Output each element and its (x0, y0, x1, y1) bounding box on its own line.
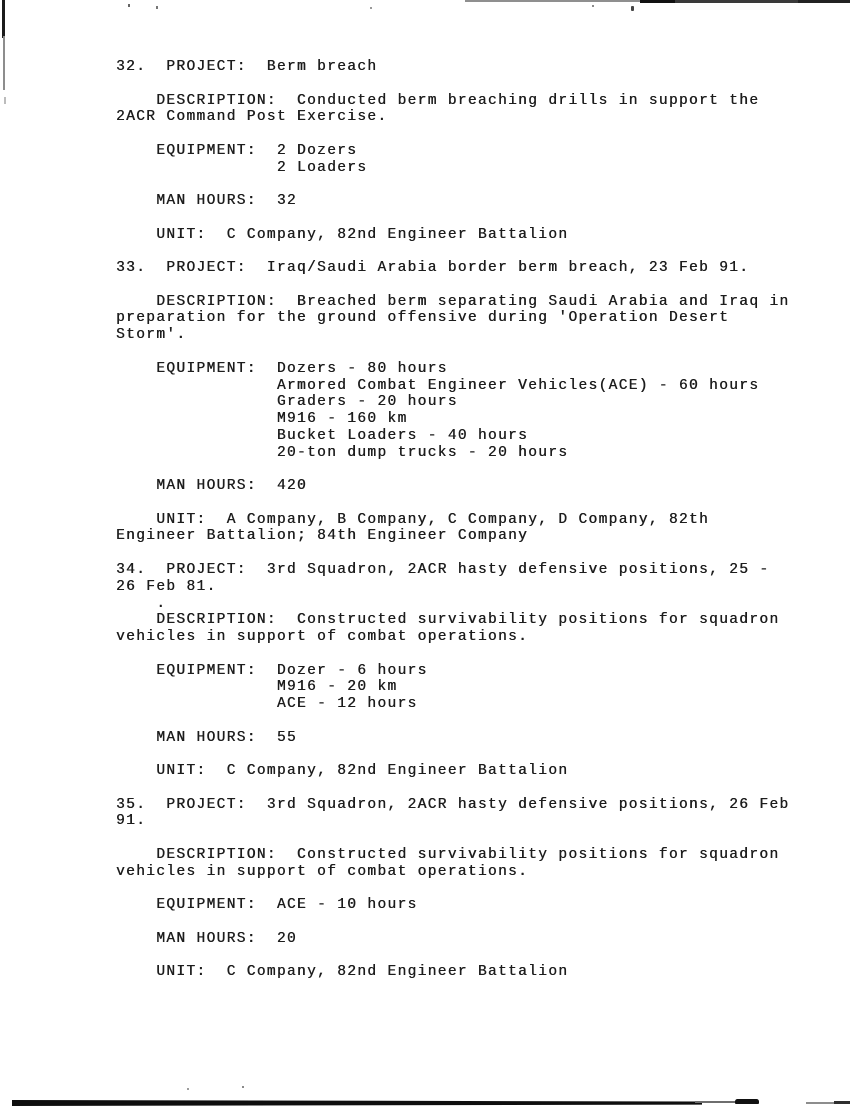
scan-artifact-speck (242, 1086, 244, 1088)
scan-artifact-bottom-dash (834, 1101, 850, 1104)
text-line: . (116, 596, 789, 613)
scan-artifact-tick-mark (631, 6, 634, 11)
text-line (116, 713, 789, 730)
text-line: EQUIPMENT: Dozers - 80 hours (116, 361, 789, 378)
text-line: Armored Combat Engineer Vehicles(ACE) - … (116, 378, 789, 395)
text-line: ACE - 12 hours (116, 696, 789, 713)
scan-artifact-left-edge-gray (3, 36, 5, 90)
text-line: MAN HOURS: 32 (116, 193, 789, 210)
scan-artifact-bottom-line (695, 1101, 737, 1103)
scan-artifact-bottom-line (806, 1102, 850, 1104)
project-entry-34: 34. PROJECT: 3rd Squadron, 2ACR hasty de… (116, 562, 789, 780)
project-entry-33: 33. PROJECT: Iraq/Saudi Arabia border be… (116, 260, 789, 545)
scan-artifact-speck (370, 7, 372, 9)
text-line (116, 344, 789, 361)
text-line: M916 - 20 km (116, 679, 789, 696)
text-line: MAN HOURS: 55 (116, 730, 789, 747)
text-line: Bucket Loaders - 40 hours (116, 428, 789, 445)
text-line: EQUIPMENT: ACE - 10 hours (116, 897, 789, 914)
project-entry-32: 32. PROJECT: Berm breach DESCRIPTION: Co… (116, 59, 789, 243)
text-line: 91. (116, 813, 789, 830)
text-line (116, 914, 789, 931)
text-line: 2 Loaders (116, 160, 789, 177)
scan-artifact-bottom-bar (12, 1100, 702, 1106)
scan-artifact-left-edge-dark (2, 0, 5, 38)
text-line (116, 277, 789, 294)
text-line (116, 746, 789, 763)
text-line (116, 948, 789, 965)
text-line: vehicles in support of combat operations… (116, 629, 789, 646)
project-entry-35: 35. PROJECT: 3rd Squadron, 2ACR hasty de… (116, 797, 789, 981)
text-line (116, 881, 789, 898)
text-line (116, 210, 789, 227)
text-line (116, 461, 789, 478)
document-text: 32. PROJECT: Berm breach DESCRIPTION: Co… (116, 59, 789, 981)
scan-artifact-speck (156, 6, 158, 9)
text-line: DESCRIPTION: Constructed survivability p… (116, 847, 789, 864)
text-line (116, 646, 789, 663)
text-line: DESCRIPTION: Constructed survivability p… (116, 612, 789, 629)
text-line: UNIT: C Company, 82nd Engineer Battalion (116, 964, 789, 981)
scan-artifact-speck (187, 1088, 189, 1090)
text-line: 33. PROJECT: Iraq/Saudi Arabia border be… (116, 260, 789, 277)
text-line: vehicles in support of combat operations… (116, 864, 789, 881)
text-line: 32. PROJECT: Berm breach (116, 59, 789, 76)
text-line: UNIT: A Company, B Company, C Company, D… (116, 512, 789, 529)
text-line: UNIT: C Company, 82nd Engineer Battalion (116, 763, 789, 780)
scan-artifact-top-edge-black (640, 0, 675, 3)
text-line: 35. PROJECT: 3rd Squadron, 2ACR hasty de… (116, 797, 789, 814)
scan-artifact-top-edge-dark (675, 0, 850, 3)
scan-artifact-bottom-blob (735, 1099, 759, 1104)
text-line: 26 Feb 81. (116, 579, 789, 596)
scan-artifact-top-edge-darker (798, 0, 850, 3)
text-line: Storm'. (116, 327, 789, 344)
text-line: Graders - 20 hours (116, 394, 789, 411)
text-line: UNIT: C Company, 82nd Engineer Battalion (116, 227, 789, 244)
text-line (116, 830, 789, 847)
text-line: EQUIPMENT: Dozer - 6 hours (116, 663, 789, 680)
scan-artifact-speck (128, 4, 130, 7)
text-line: DESCRIPTION: Conducted berm breaching dr… (116, 93, 789, 110)
text-line: MAN HOURS: 420 (116, 478, 789, 495)
text-line: 34. PROJECT: 3rd Squadron, 2ACR hasty de… (116, 562, 789, 579)
text-line: preparation for the ground offensive dur… (116, 310, 789, 327)
text-line (116, 126, 789, 143)
text-line (116, 495, 789, 512)
text-line (116, 76, 789, 93)
text-line: 20-ton dump trucks - 20 hours (116, 445, 789, 462)
scan-artifact-speck (592, 5, 594, 7)
scan-artifact-top-edge-gray (465, 0, 640, 2)
text-line: EQUIPMENT: 2 Dozers (116, 143, 789, 160)
text-line: DESCRIPTION: Breached berm separating Sa… (116, 294, 789, 311)
scan-artifact-left-edge-speck (4, 97, 6, 104)
text-line: MAN HOURS: 20 (116, 931, 789, 948)
text-line: Engineer Battalion; 84th Engineer Compan… (116, 528, 789, 545)
text-line: M916 - 160 km (116, 411, 789, 428)
text-line: 2ACR Command Post Exercise. (116, 109, 789, 126)
text-line (116, 176, 789, 193)
